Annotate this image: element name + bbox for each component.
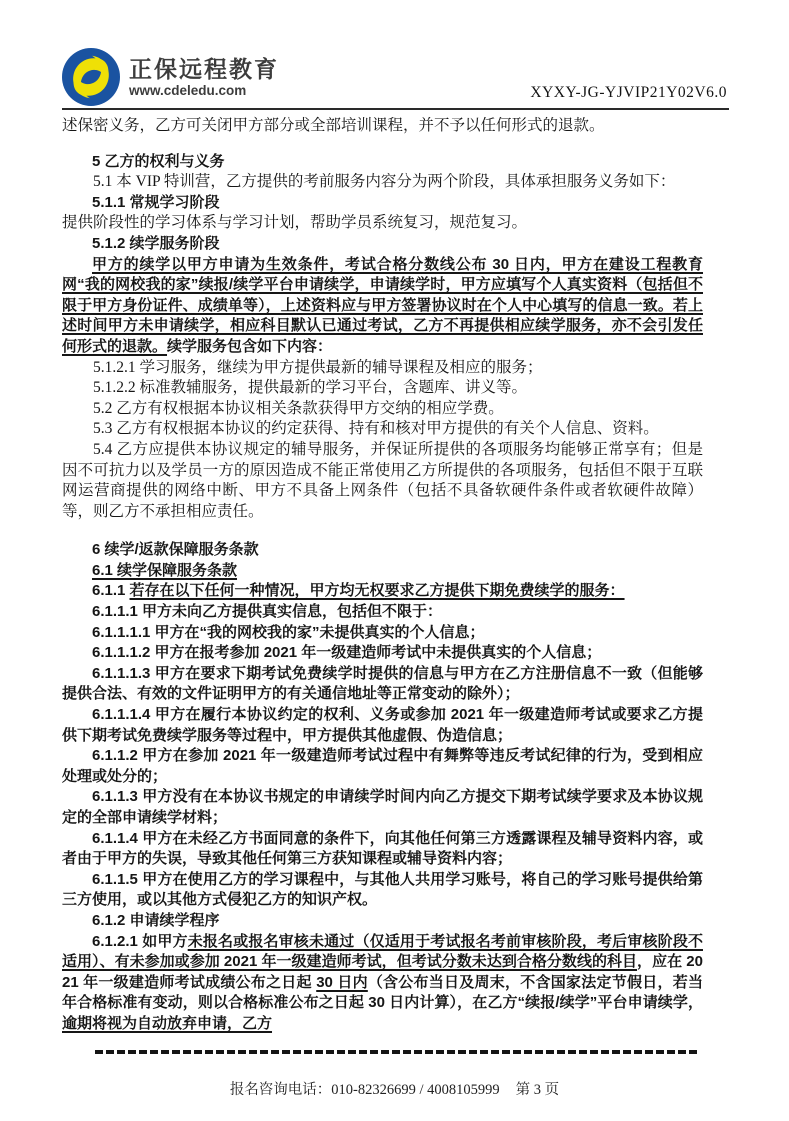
clause-5-1-2-2: 5.1.2.2 标准教辅服务，提供最新的学习平台，含题库、讲义等。 — [62, 378, 703, 399]
text-segment: 提供阶段性的学习体系与学习计划，帮助学员系统复习，规范复习。 — [62, 214, 527, 231]
heading-6-1: 6.1 续学保障服务条款 — [62, 561, 703, 582]
clause-6-1-1: 6.1.1 若存在以下任何一种情况，甲方均无权要求乙方提供下期免费续学的服务： — [62, 581, 703, 602]
text-segment: 5.1.1 常规学习阶段 — [92, 194, 220, 211]
text-segment: 5.2 乙方有权根据本协议相关条款获得甲方交纳的相应学费。 — [93, 400, 504, 417]
brand-name: 正保远程教育 — [129, 56, 279, 82]
text-segment: 5.1.2.2 标准教辅服务，提供最新的学习平台，含题库、讲义等。 — [93, 379, 527, 396]
clause-5-1: 5.1 本 VIP 特训营，乙方提供的考前服务内容分为两个阶段，具体承担服务义务… — [62, 172, 703, 193]
text-segment: 5.1.2.1 学习服务，继续为甲方提供最新的辅导课程及相应的服务； — [93, 359, 543, 376]
page-number: 第 3 页 — [516, 1082, 560, 1098]
clause-6-1-1-2: 6.1.1.2 甲方在参加 2021 年一级建造师考试过程中有舞弊等违反考试纪律… — [62, 746, 703, 787]
text-segment: 5 乙方的权利与义务 — [92, 153, 225, 170]
header-divider — [62, 108, 729, 110]
clause-6-1-1-3: 6.1.1.3 甲方没有在本协议书规定的申请续学时间内向乙方提交下期考试续学要求… — [62, 787, 703, 828]
document-code: XYXY-JG-YJVIP21Y02V6.0 — [530, 84, 727, 106]
footer-divider — [95, 1050, 699, 1054]
text-segment: 6.1.1.1.2 甲方在报考参加 2021 年一级建造师考试中未提供真实的个人… — [92, 644, 601, 661]
document-page: 正保远程教育 www.cdeledu.com XYXY-JG-YJVIP21Y0… — [0, 0, 789, 1121]
document-body: 述保密义务，乙方可关闭甲方部分或全部培训课程，并不予以任何形式的退款。5 乙方的… — [62, 116, 703, 1035]
clause-5-2: 5.2 乙方有权根据本协议相关条款获得甲方交纳的相应学费。 — [62, 399, 703, 420]
page-header: 正保远程教育 www.cdeledu.com XYXY-JG-YJVIP21Y0… — [62, 42, 727, 106]
clause-5-1-2-1: 5.1.2.1 学习服务，继续为甲方提供最新的辅导课程及相应的服务； — [62, 358, 703, 379]
brand-text: 正保远程教育 www.cdeledu.com — [129, 56, 279, 99]
text-segment: 续学服务包含如下内容： — [167, 338, 332, 355]
text-segment: 6.1.1.4 甲方在未经乙方书面同意的条件下，向其他任何第三方透露课程及辅导资… — [62, 830, 703, 868]
text-segment: 6.1.2 申请续学程序 — [92, 912, 220, 929]
swirl-globe-icon — [62, 48, 120, 106]
clause-6-1-1-1-4: 6.1.1.1.4 甲方在履行本协议约定的权利、义务或参加 2021 年一级建造… — [62, 705, 703, 746]
brand: 正保远程教育 www.cdeledu.com — [62, 48, 279, 106]
text-segment: 5.1 本 VIP 特训营，乙方提供的考前服务内容分为两个阶段，具体承担服务义务… — [93, 173, 675, 190]
text-segment: 逾期将视为自动放弃申请，乙方 — [62, 1015, 272, 1032]
text-segment: 5.1.2 续学服务阶段 — [92, 235, 220, 252]
text-segment: 30 日内 — [316, 974, 368, 991]
heading-5: 5 乙方的权利与义务 — [62, 152, 703, 173]
clause-6-1-1-4: 6.1.1.4 甲方在未经乙方书面同意的条件下，向其他任何第三方透露课程及辅导资… — [62, 829, 703, 870]
heading-6-1-2: 6.1.2 申请续学程序 — [62, 911, 703, 932]
clause-carryover: 述保密义务，乙方可关闭甲方部分或全部培训课程，并不予以任何形式的退款。 — [62, 116, 703, 137]
clause-5-1-1-body: 提供阶段性的学习体系与学习计划，帮助学员系统复习，规范复习。 — [62, 213, 703, 234]
text-segment: 6.1.1.1.4 甲方在履行本协议约定的权利、义务或参加 2021 年一级建造… — [62, 706, 703, 744]
footer-phone: 报名咨询电话：010-82326699 / 4008105999 — [230, 1082, 500, 1098]
text-segment: 6.1.2.1 如甲方 — [92, 933, 188, 950]
text-segment: 6.1.1.1.1 甲方在“我的网校我的家”未提供真实的个人信息； — [92, 624, 485, 641]
text-segment: 6.1.1 — [92, 582, 130, 599]
text-segment: 6.1.1.1.3 甲方在要求下期考试免费续学时提供的信息与甲方在乙方注册信息不… — [62, 665, 703, 703]
clause-6-1-1-5: 6.1.1.5 甲方在使用乙方的学习课程中，与其他人共用学习账号，将自己的学习账… — [62, 870, 703, 911]
text-segment: 5.3 乙方有权根据本协议的约定获得、持有和核对甲方提供的有关个人信息、资料。 — [93, 420, 659, 437]
text-segment: 5.4 乙方应提供本协议规定的辅导服务，并保证所提供的各项服务均能够正常享有；但… — [62, 441, 703, 520]
text-segment: 6.1 续学保障服务条款 — [92, 562, 237, 579]
heading-6: 6 续学/返款保障服务条款 — [62, 540, 703, 561]
clause-5-1-2-body: 甲方的续学以甲方申请为生效条件，考试合格分数线公布 30 日内，甲方在建设工程教… — [62, 255, 703, 358]
text-segment: 6.1.1.3 甲方没有在本协议书规定的申请续学时间内向乙方提交下期考试续学要求… — [62, 788, 703, 826]
text-segment: 若存在以下任何一种情况，甲方均无权要求乙方提供下期免费续学的服务： — [130, 582, 625, 599]
heading-5-1-1: 5.1.1 常规学习阶段 — [62, 193, 703, 214]
clause-6-1-1-1: 6.1.1.1 甲方未向乙方提供真实信息，包括但不限于： — [62, 602, 703, 623]
clause-6-1-1-1-3: 6.1.1.1.3 甲方在要求下期考试免费续学时提供的信息与甲方在乙方注册信息不… — [62, 664, 703, 705]
text-segment: 甲方的续学以甲方申请为生效条件，考试合格分数线公布 30 日内，甲方在建设工程教… — [62, 256, 703, 355]
text-segment: 6 续学/返款保障服务条款 — [92, 541, 259, 558]
text-segment: 6.1.1.2 甲方在参加 2021 年一级建造师考试过程中有舞弊等违反考试纪律… — [62, 747, 703, 785]
clause-6-1-1-1-1: 6.1.1.1.1 甲方在“我的网校我的家”未提供真实的个人信息； — [62, 623, 703, 644]
text-segment: 述保密义务，乙方可关闭甲方部分或全部培训课程，并不予以任何形式的退款。 — [62, 117, 605, 134]
page-footer: 报名咨询电话：010-82326699 / 4008105999第 3 页 — [0, 1078, 789, 1099]
brand-url: www.cdeledu.com — [129, 82, 279, 99]
clause-6-1-2-1: 6.1.2.1 如甲方未报名或报名审核未通过（仅适用于考试报名考前审核阶段，考后… — [62, 932, 703, 1035]
text-segment: 6.1.1.1 甲方未向乙方提供真实信息，包括但不限于： — [92, 603, 442, 620]
clause-6-1-1-1-2: 6.1.1.1.2 甲方在报考参加 2021 年一级建造师考试中未提供真实的个人… — [62, 643, 703, 664]
heading-5-1-2: 5.1.2 续学服务阶段 — [62, 234, 703, 255]
text-segment: 6.1.1.5 甲方在使用乙方的学习课程中，与其他人共用学习账号，将自己的学习账… — [62, 871, 703, 909]
clause-5-3: 5.3 乙方有权根据本协议的约定获得、持有和核对甲方提供的有关个人信息、资料。 — [62, 419, 703, 440]
clause-5-4: 5.4 乙方应提供本协议规定的辅导服务，并保证所提供的各项服务均能够正常享有；但… — [62, 440, 703, 522]
